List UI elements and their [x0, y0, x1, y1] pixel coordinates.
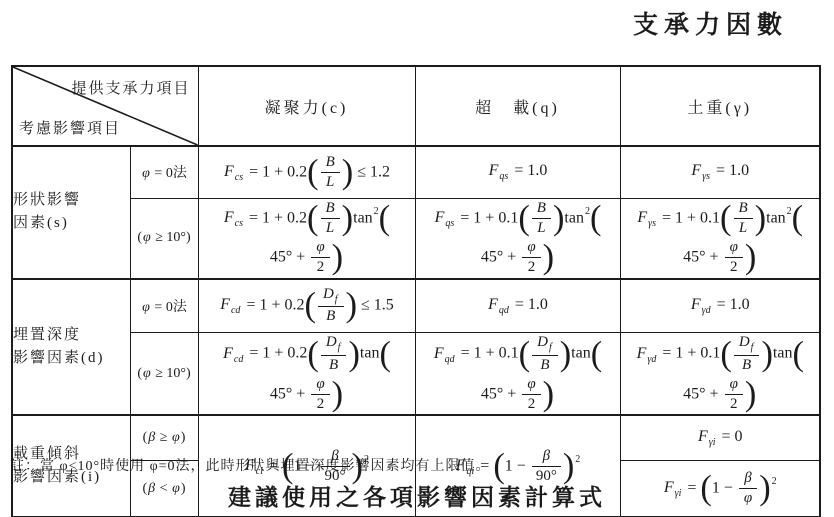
formula-depth-phi0-soil-weight: Fγd = 1.0: [620, 279, 820, 333]
formula-shape-phi0-surcharge: Fqs = 1.0: [415, 146, 620, 198]
sublabel-depth-phi10: (φ ≥ 10°): [130, 333, 198, 416]
header-row: 提供支承力項目 考慮影響項目 凝聚力(c) 超 載(q) 土重(γ): [12, 66, 820, 146]
table-note: 註：當 φ<10°時使用 φ=0法，此時形狀與埋置深度影響因素均有上限值。: [10, 455, 491, 475]
sublabel-depth-phi0: φ = 0法: [130, 279, 198, 333]
sublabel-shape-phi10: (φ ≥ 10°): [130, 198, 198, 279]
corner-label-considered-items: 考慮影響項目: [19, 117, 121, 138]
row-inclination-beta-ge: 載重傾斜 影響因素(i) (β ≥ φ) Fci = (1 − β90°)2 F…: [12, 415, 820, 460]
formula-depth-phi10-soil-weight: Fγd = 1 + 0.1(DfB)tan(45° + φ2): [620, 333, 820, 416]
corner-label-provided-items: 提供支承力項目: [71, 77, 190, 98]
column-header-surcharge: 超 載(q): [415, 66, 620, 146]
row-label-depth-factor: 埋置深度 影響因素(d): [12, 279, 130, 416]
row-depth-phi0: 埋置深度 影響因素(d) φ = 0法 Fcd = 1 + 0.2(DfB) ≤…: [12, 279, 820, 333]
formula-depth-phi0-surcharge: Fqd = 1.0: [415, 279, 620, 333]
formula-shape-phi0-soil-weight: Fγs = 1.0: [620, 146, 820, 198]
column-header-cohesion: 凝聚力(c): [198, 66, 415, 146]
corner-header-cell: 提供支承力項目 考慮影響項目: [12, 66, 198, 146]
formula-shape-phi10-surcharge: Fqs = 1 + 0.1(BL)tan2(45° + φ2): [415, 198, 620, 279]
formula-shape-phi10-soil-weight: Fγs = 1 + 0.1(BL)tan2(45° + φ2): [620, 198, 820, 279]
formula-shape-phi10-cohesion: Fcs = 1 + 0.2(BL)tan2(45° + φ2): [198, 198, 415, 279]
document-page: 支承力因數 提供支承力項目 考慮影響項目 凝聚力(c) 超 載(q) 土重(γ)…: [0, 0, 834, 517]
formula-depth-phi10-surcharge: Fqd = 1 + 0.1(DfB)tan(45° + φ2): [415, 333, 620, 416]
formula-depth-phi0-cohesion: Fcd = 1 + 0.2(DfB) ≤ 1.5: [198, 279, 415, 333]
row-depth-phi10: (φ ≥ 10°) Fcd = 1 + 0.2(DfB)tan(45° + φ2…: [12, 333, 820, 416]
sublabel-inclination-beta-ge: (β ≥ φ): [130, 415, 198, 460]
formula-depth-phi10-cohesion: Fcd = 1 + 0.2(DfB)tan(45° + φ2): [198, 333, 415, 416]
bearing-factors-table: 提供支承力項目 考慮影響項目 凝聚力(c) 超 載(q) 土重(γ) 形狀影響 …: [11, 65, 821, 517]
sublabel-shape-phi0: φ = 0法: [130, 146, 198, 198]
row-shape-phi10: (φ ≥ 10°) Fcs = 1 + 0.2(BL)tan2(45° + φ2…: [12, 198, 820, 279]
row-label-shape-factor: 形狀影響 因素(s): [12, 146, 130, 279]
table-caption: 建議使用之各項影響因素計算式: [0, 479, 834, 512]
row-shape-phi0: 形狀影響 因素(s) φ = 0法 Fcs = 1 + 0.2(BL) ≤ 1.…: [12, 146, 820, 198]
column-header-soil-weight: 土重(γ): [620, 66, 820, 146]
formula-shape-phi0-cohesion: Fcs = 1 + 0.2(BL) ≤ 1.2: [198, 146, 415, 198]
table-title: 支承力因數: [633, 5, 788, 41]
formula-inclination-soil-weight-zero: Fγi = 0: [620, 415, 820, 460]
